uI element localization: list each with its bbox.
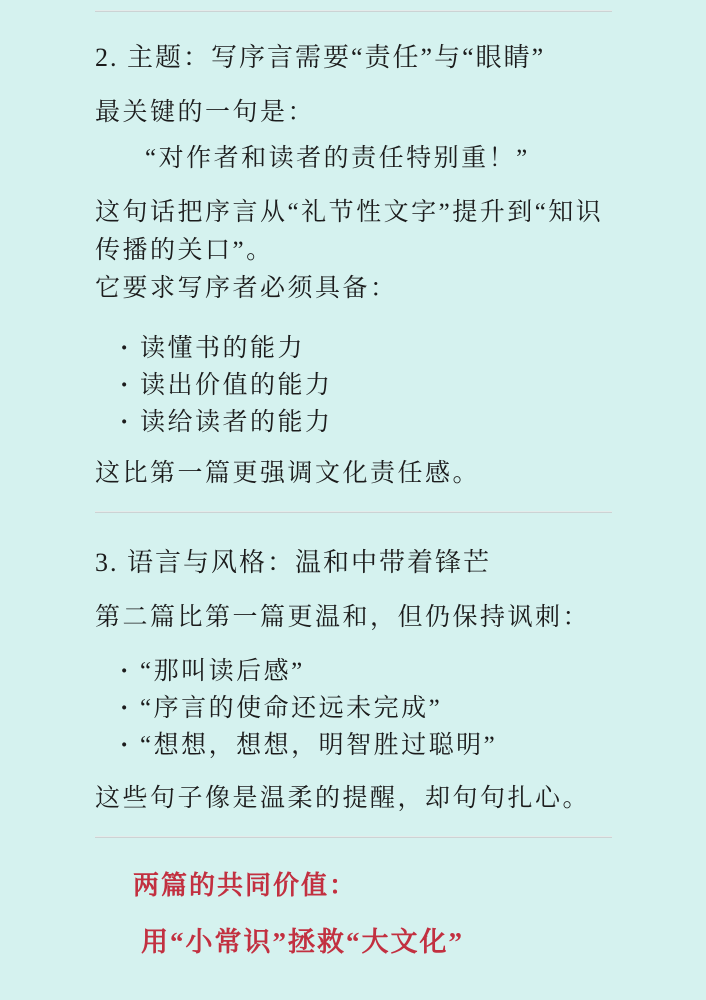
list-item: · 读给读者的能力 — [120, 404, 612, 441]
list-item: · 读懂书的能力 — [120, 330, 612, 367]
list-item-text: “想想，想想，明智胜过聪明” — [140, 727, 497, 764]
list-item-text: “序言的使命还远未完成” — [140, 690, 442, 727]
section-2-conclusion: 这比第一篇更强调文化责任感。 — [95, 455, 612, 493]
bullet-dot: · — [120, 690, 140, 727]
section-2-list: · 读懂书的能力 · 读出价值的能力 · 读给读者的能力 — [95, 330, 612, 441]
page: { "page": { "background_color": "#d5f2ef… — [0, 0, 706, 1000]
section-3-intro: 第二篇比第一篇更温和，但仍保持讽刺： — [95, 599, 612, 637]
list-item: · “序言的使命还远未完成” — [120, 690, 612, 727]
section-divider — [95, 10, 612, 12]
section-3-conclusion: 这些句子像是温柔的提醒，却句句扎心。 — [95, 780, 612, 818]
section-2-quote: “对作者和读者的责任特别重！” — [145, 140, 612, 178]
section-3-list: · “那叫读后感” · “序言的使命还远未完成” · “想想，想想，明智胜过聪明… — [95, 653, 612, 764]
section-2-intro: 最关键的一句是： — [95, 94, 612, 132]
list-item: · “那叫读后感” — [120, 653, 612, 690]
footer-slogan: 用“小常识”拯救“大文化” — [141, 922, 612, 962]
bullet-dot: · — [120, 367, 140, 404]
bullet-dot: · — [120, 330, 140, 367]
list-item-text: 读给读者的能力 — [140, 404, 333, 441]
section-2-paragraph-line-2: 它要求写序者必须具备： — [95, 275, 398, 302]
list-item: · “想想，想想，明智胜过聪明” — [120, 727, 612, 764]
section-divider — [95, 511, 612, 513]
section-2-heading: 2. 主题：写序言需要“责任”与“眼睛” — [95, 38, 612, 78]
section-2-paragraph-line-1: 这句话把序言从“礼节性文字”提升到“知识传播的关口”。 — [95, 199, 603, 264]
list-item: · 读出价值的能力 — [120, 367, 612, 404]
bullet-dot: · — [120, 653, 140, 690]
article-content: 2. 主题：写序言需要“责任”与“眼睛” 最关键的一句是： “对作者和读者的责任… — [95, 10, 612, 962]
bullet-dot: · — [120, 727, 140, 764]
section-3-heading: 3. 语言与风格：温和中带着锋芒 — [95, 543, 612, 583]
bullet-dot: · — [120, 404, 140, 441]
list-item-text: 读出价值的能力 — [140, 367, 333, 404]
section-divider — [95, 836, 612, 838]
footer-title: 两篇的共同价值： — [133, 866, 612, 906]
list-item-text: 读懂书的能力 — [140, 330, 305, 367]
section-2-paragraph: 这句话把序言从“礼节性文字”提升到“知识传播的关口”。它要求写序者必须具备： — [95, 194, 612, 308]
list-item-text: “那叫读后感” — [140, 653, 305, 690]
